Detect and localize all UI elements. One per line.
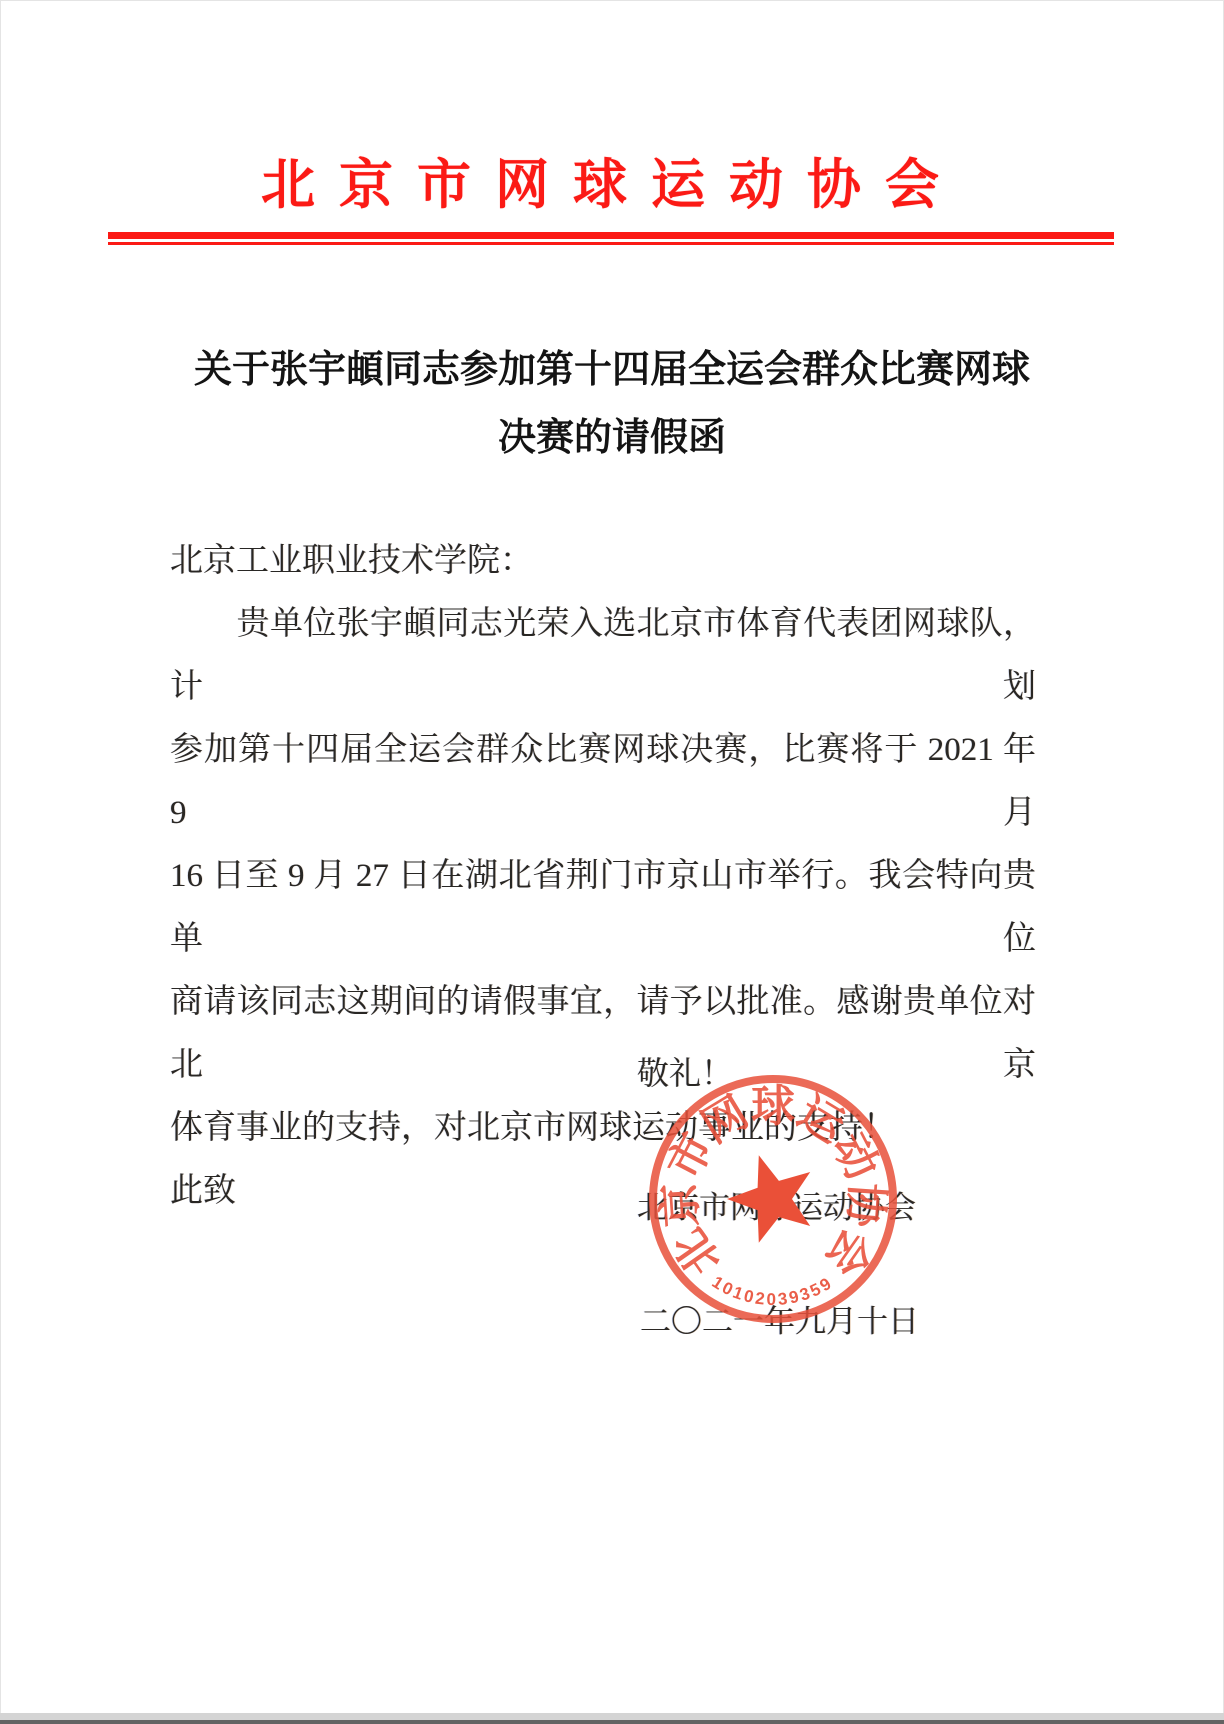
body-line: 商请该同志这期间的请假事宜，请予以批准。感谢贵单位对北京 [170, 971, 1036, 1097]
document-title-line-1: 关于张宇頔同志参加第十四届全运会群众比赛网球 [0, 336, 1224, 404]
body-line: 贵单位张宇頔同志光荣入选北京市体育代表团网球队，计划 [170, 593, 1036, 719]
document-title: 关于张宇頔同志参加第十四届全运会群众比赛网球 决赛的请假函 [0, 336, 1224, 472]
body-line: 参加第十四届全运会群众比赛网球决赛，比赛将于 2021 年 9 月 [170, 719, 1036, 845]
body-line: 16 日至 9 月 27 日在湖北省荆门市京山市举行。我会特向贵单位 [170, 845, 1036, 971]
letter-body: 北京工业职业技术学院： 贵单位张宇頔同志光荣入选北京市体育代表团网球队，计划参加… [170, 530, 1036, 1223]
seal-char: 京 [655, 1181, 707, 1228]
star-icon [727, 1155, 810, 1242]
letter-page: 北京市网球运动协会 关于张宇頔同志参加第十四届全运会群众比赛网球 决赛的请假函 … [0, 0, 1224, 1724]
letterhead-divider [108, 232, 1114, 245]
page-bottom-edge [0, 1713, 1224, 1724]
official-seal-stamp: 北京市网球运动协会 1101020393598 [643, 1069, 903, 1329]
seal-char: 球 [751, 1082, 795, 1131]
body-line: 北京工业职业技术学院： [170, 530, 1036, 593]
document-title-line-2: 决赛的请假函 [0, 404, 1224, 472]
body-line: 体育事业的支持，对北京市网球运动事业的支持！ [170, 1097, 1036, 1160]
letterhead-org-name: 北京市网球运动协会 [0, 156, 1224, 214]
